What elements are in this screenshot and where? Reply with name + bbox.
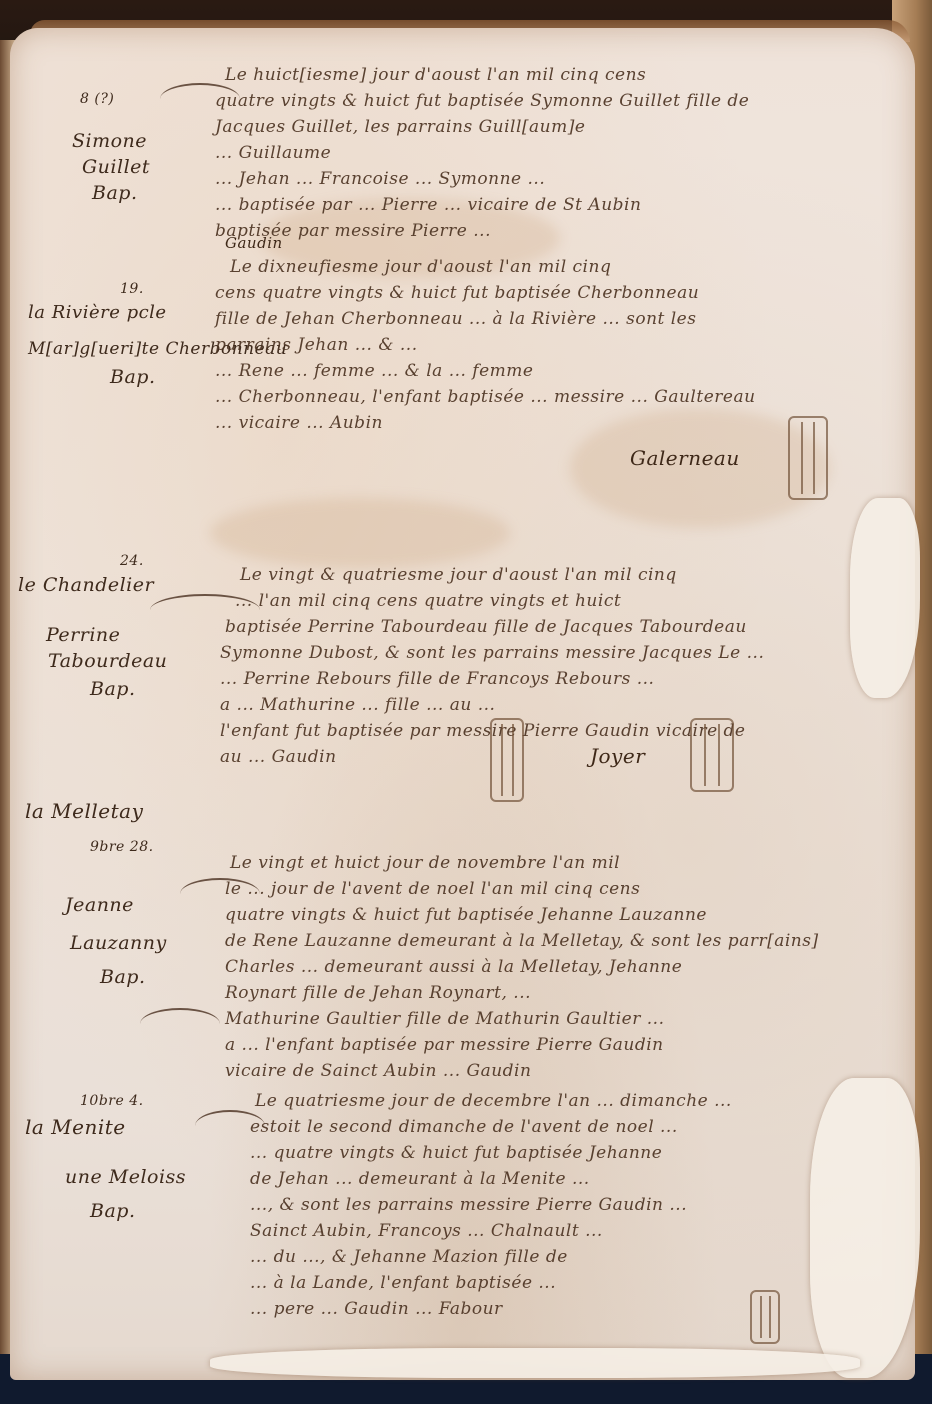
entry-text-line: de Jehan ... demeurant à la Menite ... [250, 1166, 590, 1192]
entry-text-line: le ... jour de l'avent de noel l'an mil … [225, 876, 640, 902]
entry-text-line: Le vingt et huict jour de novembre l'an … [230, 850, 620, 876]
entry-text-line: de Rene Lauzanne demeurant à la Melletay… [225, 928, 819, 954]
entry-text-line: Jacques Guillet, les parrains Guill[aum]… [215, 114, 585, 140]
margin-name: Lauzanny [70, 930, 167, 956]
signature: Joyer [590, 744, 645, 768]
entry-text-line: au ... Gaudin [220, 744, 337, 770]
flourish-decoration [140, 1008, 220, 1040]
entry-text-line: a ... l'enfant baptisée par messire Pier… [225, 1032, 664, 1058]
margin-bap: Bap. [92, 180, 138, 206]
entry-text-line: cens quatre vingts & huict fut baptisée … [215, 280, 699, 306]
margin-bap: Bap. [90, 676, 136, 702]
entry-text-line: estoit le second dimanche de l'avent de … [250, 1114, 678, 1140]
entry-text-line: ... Rene ... femme ... & la ... femme [215, 358, 533, 384]
margin-name: Guillet [82, 154, 150, 180]
margin-name: le Chandelier [18, 572, 154, 598]
entry-text-line: ... du ..., & Jehanne Mazion fille de [250, 1244, 568, 1270]
entry-text-line: baptisée Perrine Tabourdeau fille de Jac… [225, 614, 747, 640]
entry-text-line: Charles ... demeurant aussi à la Melleta… [225, 954, 682, 980]
paraph-mark [690, 718, 734, 792]
torn-bottom-edge [210, 1348, 860, 1378]
entry-text-line: ... Cherbonneau, l'enfant baptisée ... m… [215, 384, 756, 410]
entry-number: 10bre 4. [80, 1088, 144, 1114]
margin-bap: Bap. [110, 364, 156, 390]
manuscript-page: 8 (?) Simone Guillet Bap. Le huict[iesme… [10, 28, 915, 1380]
entry-text-line: Le huict[iesme] jour d'aoust l'an mil ci… [225, 62, 646, 88]
margin-bap: Bap. [100, 964, 146, 990]
entry-text-line: ... quatre vingts & huict fut baptisée J… [250, 1140, 662, 1166]
entry-number: 8 (?) [80, 86, 114, 112]
torn-edge [810, 1078, 920, 1378]
entry-text-line: parrains Jehan ... & ... [215, 332, 418, 358]
entry-text-line: ... Perrine Rebours fille de Francoys Re… [220, 666, 654, 692]
paraph-mark [788, 416, 828, 500]
entry-text-line: ... Guillaume [215, 140, 331, 166]
signature: Gaudin [225, 234, 283, 252]
margin-name: la Melletay [25, 798, 143, 824]
torn-edge [850, 498, 920, 698]
entry-text-line: quatre vingts & huict fut baptisée Symon… [215, 88, 749, 114]
entry-text-line: ... l'an mil cinq cens quatre vingts et … [235, 588, 621, 614]
entry-number: 9bre 28. [90, 834, 154, 860]
margin-name: Jeanne [65, 892, 134, 918]
margin-name: une Meloiss [65, 1164, 186, 1190]
entry-text-line: a ... Mathurine ... fille ... au ... [220, 692, 495, 718]
entry-text-line: Symonne Dubost, & sont les parrains mess… [220, 640, 764, 666]
entry-text-line: Mathurine Gaultier fille de Mathurin Gau… [225, 1006, 664, 1032]
margin-name: la Rivière pcle [28, 300, 167, 326]
entry-text-line: ... pere ... Gaudin ... Fabour [250, 1296, 503, 1322]
paraph-mark [490, 718, 524, 802]
entry-number: 19. [120, 276, 144, 302]
entry-text-line: Le vingt & quatriesme jour d'aoust l'an … [240, 562, 677, 588]
margin-name: Tabourdeau [48, 648, 167, 674]
margin-name: la Menite [25, 1114, 126, 1140]
signature: Galerneau [630, 446, 740, 470]
entry-number: 24. [120, 548, 144, 574]
entry-text-line: Sainct Aubin, Francoys ... Chalnault ... [250, 1218, 603, 1244]
margin-name: Simone [72, 128, 147, 154]
margin-name: Perrine [46, 622, 120, 648]
entry-text-line: ... baptisée par ... Pierre ... vicaire … [215, 192, 641, 218]
entry-text-line: ... à la Lande, l'enfant baptisée ... [250, 1270, 556, 1296]
entry-text-line: ..., & sont les parrains messire Pierre … [250, 1192, 687, 1218]
entry-text-line: Le quatriesme jour de decembre l'an ... … [255, 1088, 732, 1114]
entry-text-line: fille de Jehan Cherbonneau ... à la Rivi… [215, 306, 696, 332]
margin-bap: Bap. [90, 1198, 136, 1224]
entry-text-line: Roynart fille de Jehan Roynart, ... [225, 980, 531, 1006]
entry-text-line: vicaire de Sainct Aubin ... Gaudin [225, 1058, 531, 1084]
entry-text-line: Le dixneufiesme jour d'aoust l'an mil ci… [230, 254, 611, 280]
entry-text-line: ... vicaire ... Aubin [215, 410, 383, 436]
water-stain [210, 498, 510, 568]
paraph-mark [750, 1290, 780, 1344]
entry-text-line: l'enfant fut baptisée par messire Pierre… [220, 718, 746, 744]
entry-text-line: ... Jehan ... Francoise ... Symonne ... [215, 166, 545, 192]
entry-text-line: quatre vingts & huict fut baptisée Jehan… [225, 902, 707, 928]
